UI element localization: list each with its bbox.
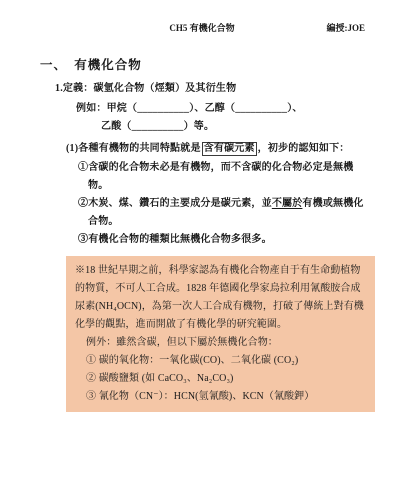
subpoint-2-pre: ②木炭、煤、鑽石的主要成分是碳元素，並 [78,198,272,209]
note-line: 的物質，不可人工合成。1828 年德國化學家烏拉利用氰酸胺合成 [75,280,375,298]
subpoint-3: ③有機化合物的種類比無機化合物多很多。 [78,230,272,245]
note-exception-title: 例外：雖然含碳，但以下屬於無機化合物： [75,334,375,352]
point-1-pre: (1)各種有機物的共同特點就是 [66,143,201,154]
note-exception-item: ① 碳的氧化物：一氧化碳(CO)、二氧化碳 (CO₂) [75,352,375,370]
note-line: 尿素(NH₄OCN)，為第一次人工合成有機物，打破了傳統上對有機 [75,298,375,316]
point-1-post: ，初步的認知如下： [258,143,350,154]
section-heading: 一、 有機化合物 [40,55,142,73]
subpoint-1-line-2: 物。 [88,176,108,191]
subpoint-2-underlined: 不屬於 [272,198,303,209]
example-line-2: 乙酸（__________）等。 [101,117,214,132]
boxed-term: 含有碳元素 [202,142,257,156]
note-line: ※18 世紀早期之前，科學家認為有機化合物產自于有生命動植物 [75,262,375,280]
example-line-1: 例如：甲烷（__________）、乙醇（__________）、 [76,99,303,114]
subpoint-2-post: 有機或無機化 [302,198,363,209]
subpoint-2-line-2: 合物。 [88,212,119,227]
subpoint-1-line-1: ①含碳的化合物未必是有機物，而不含碳的化合物必定是無機 [78,158,353,173]
definition-line: 1.定義：碳氫化合物（烴類）及其衍生物 [55,79,236,94]
subpoint-2-line-1: ②木炭、煤、鑽石的主要成分是碳元素，並不屬於有機或無機化 [78,194,364,209]
note-box: ※18 世紀早期之前，科學家認為有機化合物產自于有生命動植物 的物質，不可人工合… [66,256,375,412]
note-exception-item: ② 碳酸鹽類 (如 CaCO₃、Na₂CO₃) [75,370,375,388]
note-line: 化學的觀點，進而開啟了有機化學的研究範圍。 [75,316,375,334]
note-exception-item: ③ 氰化物（CN⁻）：HCN(氫氰酸)、KCN（氰酸鉀） [75,388,375,406]
point-1-line: (1)各種有機物的共同特點就是含有碳元素，初步的認知如下： [66,139,349,156]
document-page: CH5 有機化合物 編授:JOE 一、 有機化合物 1.定義：碳氫化合物（烴類）… [0,0,404,480]
header-editor: 編授:JOE [326,21,365,34]
